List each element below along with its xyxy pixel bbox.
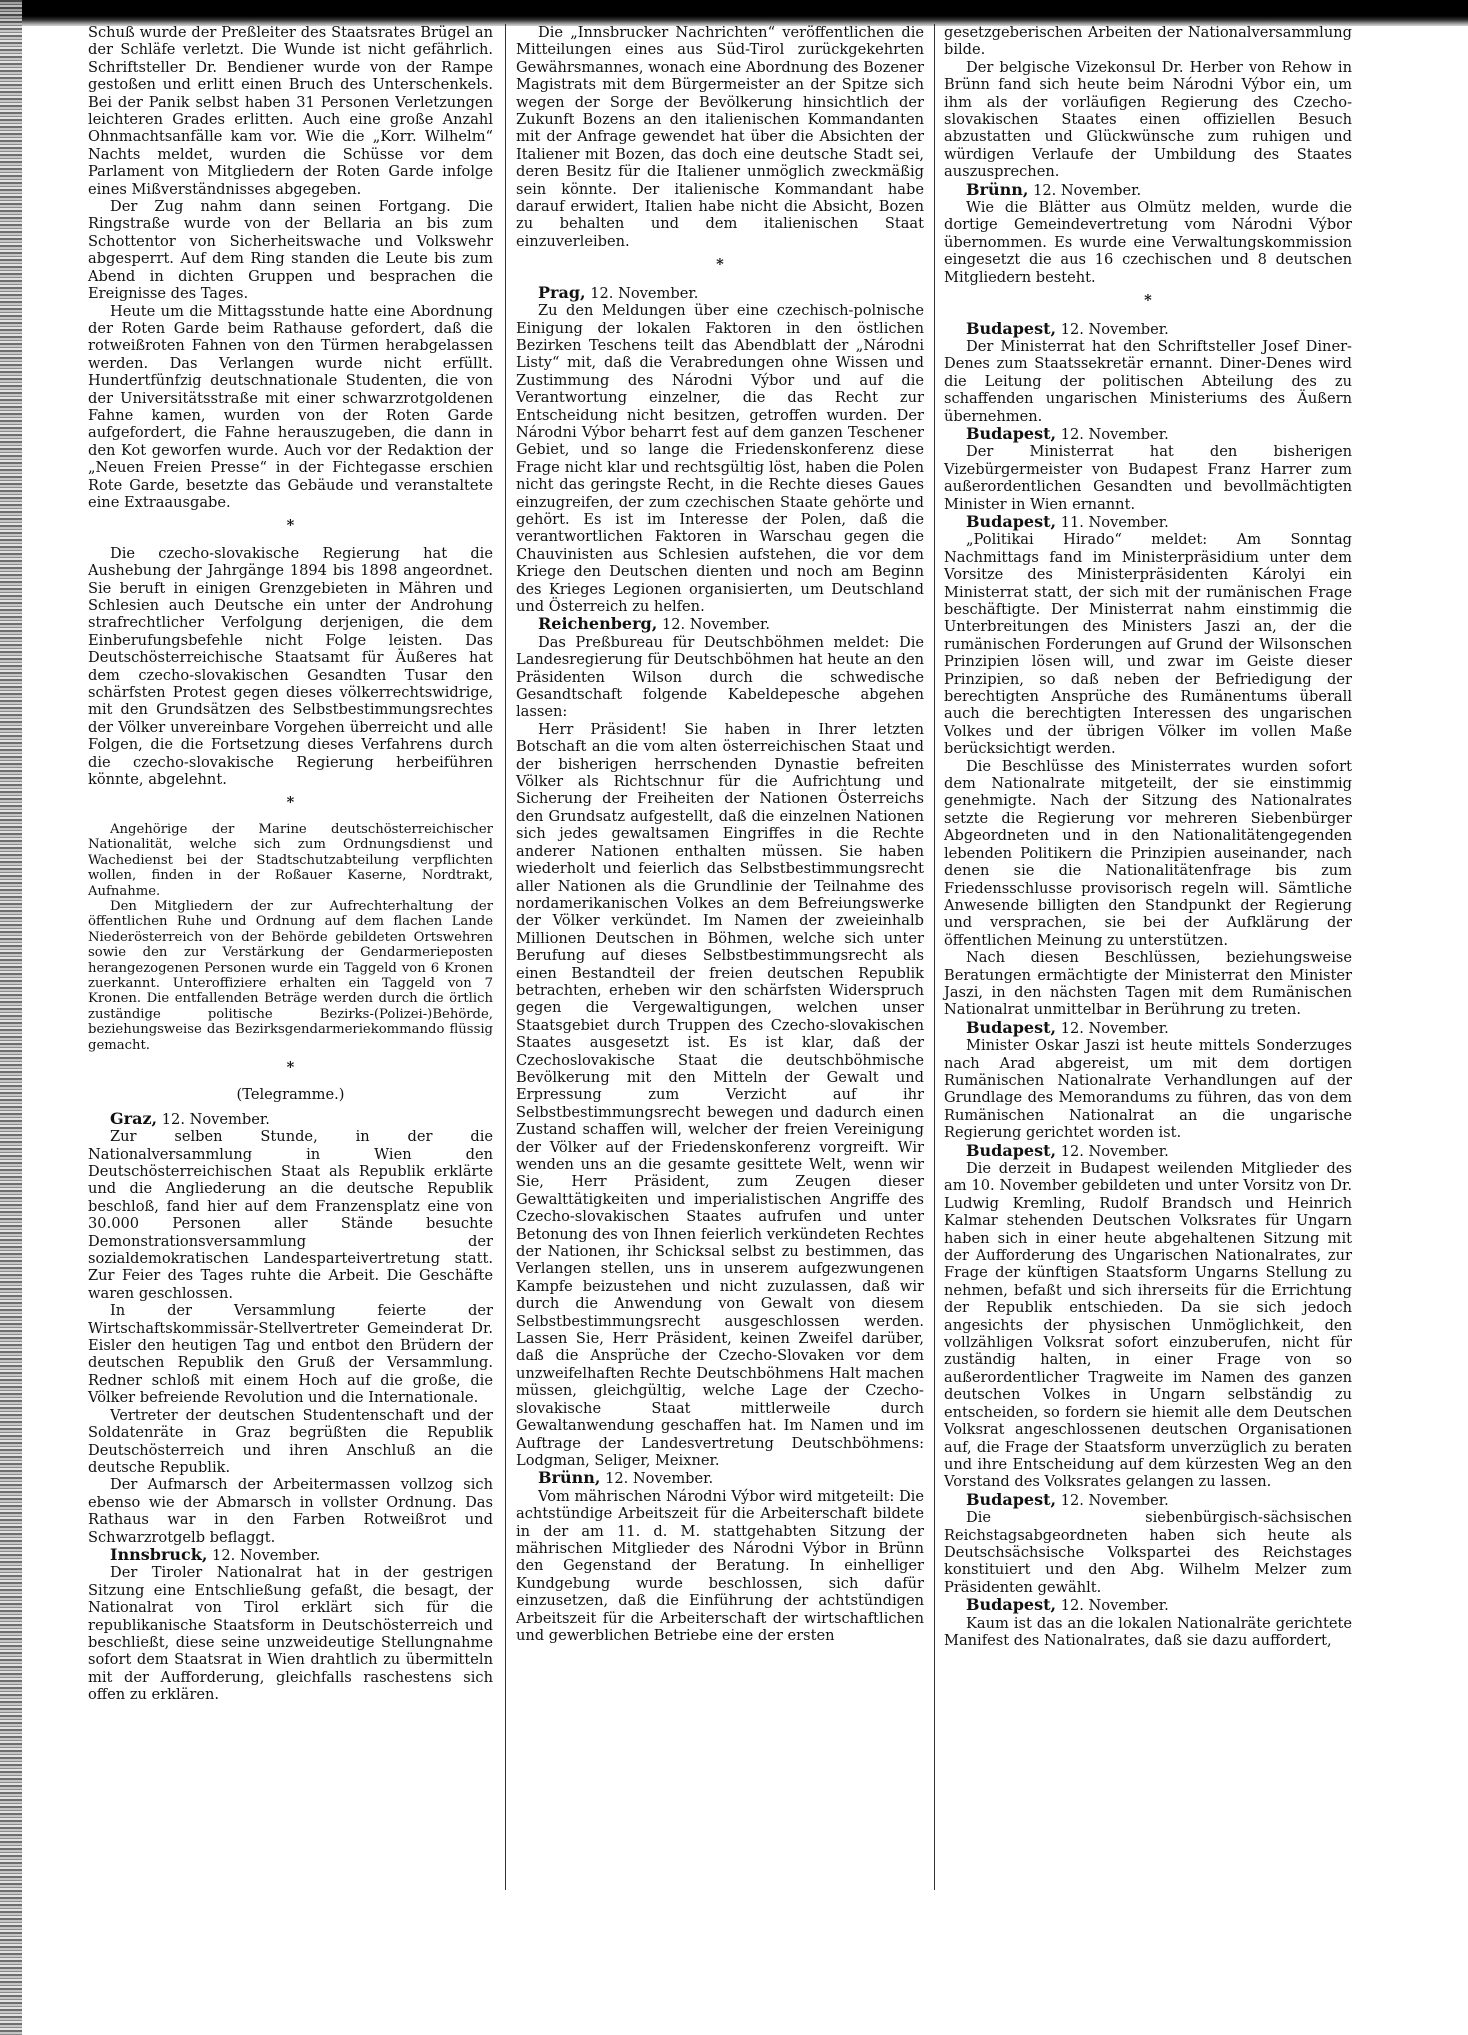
dateline-date: 12. November. bbox=[662, 616, 770, 633]
asterisk-separator: * bbox=[944, 292, 1352, 309]
article-paragraph: Vom mährischen Národni Výbor wird mitget… bbox=[516, 1488, 924, 1645]
dateline: Budapest, 12. November. bbox=[944, 1019, 1352, 1037]
dateline-date: 12. November. bbox=[212, 1547, 320, 1564]
article-paragraph: Die „Innsbrucker Nachrichten“ veröffentl… bbox=[516, 24, 924, 250]
article-paragraph: Der Tiroler Nationalrat hat in der gestr… bbox=[88, 1564, 493, 1703]
article-paragraph: Die derzeit in Budapest weilenden Mitgli… bbox=[944, 1160, 1352, 1491]
article-paragraph: Zu den Meldungen über eine czechisch-pol… bbox=[516, 302, 924, 615]
dateline: Innsbruck, 12. November. bbox=[88, 1546, 493, 1564]
column-rule bbox=[934, 24, 935, 1890]
asterisk-separator: * bbox=[88, 1059, 493, 1076]
dateline-place: Budapest, bbox=[966, 424, 1056, 443]
dateline-date: 12. November. bbox=[1061, 321, 1169, 338]
article-paragraph: gesetzgeberischen Arbeiten der Nationalv… bbox=[944, 24, 1352, 59]
dateline-place: Prag, bbox=[538, 283, 586, 302]
dateline: Budapest, 11. November. bbox=[944, 513, 1352, 531]
dateline-date: 12. November. bbox=[1061, 1143, 1169, 1160]
dateline: Reichenberg, 12. November. bbox=[516, 615, 924, 633]
column-rule bbox=[505, 24, 506, 1890]
dateline-place: Budapest, bbox=[966, 1490, 1056, 1509]
dateline: Budapest, 12. November. bbox=[944, 320, 1352, 338]
article-paragraph: Minister Oskar Jaszi ist heute mittels S… bbox=[944, 1037, 1352, 1141]
dateline-place: Budapest, bbox=[966, 1018, 1056, 1037]
article-paragraph: „Politikai Hirado“ meldet: Am Sonntag Na… bbox=[944, 531, 1352, 757]
dateline: Budapest, 12. November. bbox=[944, 1142, 1352, 1160]
article-paragraph: Nach diesen Beschlüssen, beziehungsweise… bbox=[944, 949, 1352, 1019]
dateline: Brünn, 12. November. bbox=[944, 181, 1352, 199]
dateline-place: Budapest, bbox=[966, 512, 1056, 531]
scan-top-border bbox=[0, 0, 1468, 26]
dateline-place: Graz, bbox=[110, 1109, 157, 1128]
dateline: Budapest, 12. November. bbox=[944, 1491, 1352, 1509]
article-paragraph: Wie die Blätter aus Olmütz melden, wurde… bbox=[944, 199, 1352, 286]
dateline: Budapest, 12. November. bbox=[944, 1596, 1352, 1614]
section-heading: (Telegramme.) bbox=[88, 1086, 493, 1103]
dateline-date: 12. November. bbox=[162, 1111, 270, 1128]
column-1: Schuß wurde der Preßleiter des Staatsrat… bbox=[88, 24, 493, 1704]
dateline-date: 12. November. bbox=[1061, 426, 1169, 443]
article-paragraph: Der Aufmarsch der Arbeitermassen vollzog… bbox=[88, 1476, 493, 1546]
dateline-place: Budapest, bbox=[966, 1595, 1056, 1614]
dateline-date: 12. November. bbox=[1033, 182, 1141, 199]
dateline: Graz, 12. November. bbox=[88, 1110, 493, 1128]
article-paragraph: Zur selben Stunde, in der die Nationalve… bbox=[88, 1128, 493, 1302]
article-paragraph: Heute um die Mittagsstunde hatte eine Ab… bbox=[88, 303, 493, 512]
asterisk-separator: * bbox=[88, 794, 493, 811]
scan-left-edge bbox=[0, 0, 22, 2035]
article-paragraph: Den Mitgliedern der zur Aufrechterhaltun… bbox=[88, 899, 493, 1053]
dateline-place: Innsbruck, bbox=[110, 1545, 207, 1564]
asterisk-separator: * bbox=[88, 517, 493, 534]
column-3: gesetzgeberischen Arbeiten der Nationalv… bbox=[944, 24, 1352, 1649]
asterisk-separator: * bbox=[516, 256, 924, 273]
dateline-date: 12. November. bbox=[1061, 1597, 1169, 1614]
article-paragraph: Die czecho-slovakische Regierung hat die… bbox=[88, 545, 493, 789]
article-paragraph: Die Beschlüsse des Ministerrates wurden … bbox=[944, 758, 1352, 949]
article-paragraph: Die siebenbürgisch-sächsischen Reichstag… bbox=[944, 1509, 1352, 1596]
article-paragraph: Der Ministerrat hat den Schriftsteller J… bbox=[944, 338, 1352, 425]
article-paragraph: Vertreter der deutschen Studentenschaft … bbox=[88, 1407, 493, 1477]
dateline-place: Budapest, bbox=[966, 319, 1056, 338]
article-paragraph: Angehörige der Marine deutschösterreichi… bbox=[88, 822, 493, 899]
article-paragraph: In der Versammlung feierte der Wirtschaf… bbox=[88, 1302, 493, 1406]
dateline: Budapest, 12. November. bbox=[944, 425, 1352, 443]
dateline-place: Budapest, bbox=[966, 1141, 1056, 1160]
article-paragraph: Kaum ist das an die lokalen Nationalräte… bbox=[944, 1615, 1352, 1650]
article-paragraph: Das Preßbureau für Deutschböhmen meldet:… bbox=[516, 634, 924, 721]
dateline-place: Reichenberg, bbox=[538, 614, 657, 633]
dateline-date: 11. November. bbox=[1061, 514, 1169, 531]
article-paragraph: Der belgische Vizekonsul Dr. Herber von … bbox=[944, 59, 1352, 181]
article-paragraph: Schuß wurde der Preßleiter des Staatsrat… bbox=[88, 24, 493, 198]
dateline-place: Brünn, bbox=[966, 180, 1028, 199]
article-paragraph: Der Zug nahm dann seinen Fortgang. Die R… bbox=[88, 198, 493, 302]
dateline-date: 12. November. bbox=[1061, 1020, 1169, 1037]
dateline-date: 12. November. bbox=[605, 1470, 713, 1487]
dateline-date: 12. November. bbox=[1061, 1492, 1169, 1509]
dateline: Prag, 12. November. bbox=[516, 284, 924, 302]
column-2: Die „Innsbrucker Nachrichten“ veröffentl… bbox=[516, 24, 924, 1644]
article-paragraph: Herr Präsident! Sie haben in Ihrer letzt… bbox=[516, 721, 924, 1469]
article-paragraph: Der Ministerrat hat den bisherigen Vizeb… bbox=[944, 443, 1352, 513]
dateline-place: Brünn, bbox=[538, 1468, 600, 1487]
dateline-date: 12. November. bbox=[590, 285, 698, 302]
dateline: Brünn, 12. November. bbox=[516, 1469, 924, 1487]
